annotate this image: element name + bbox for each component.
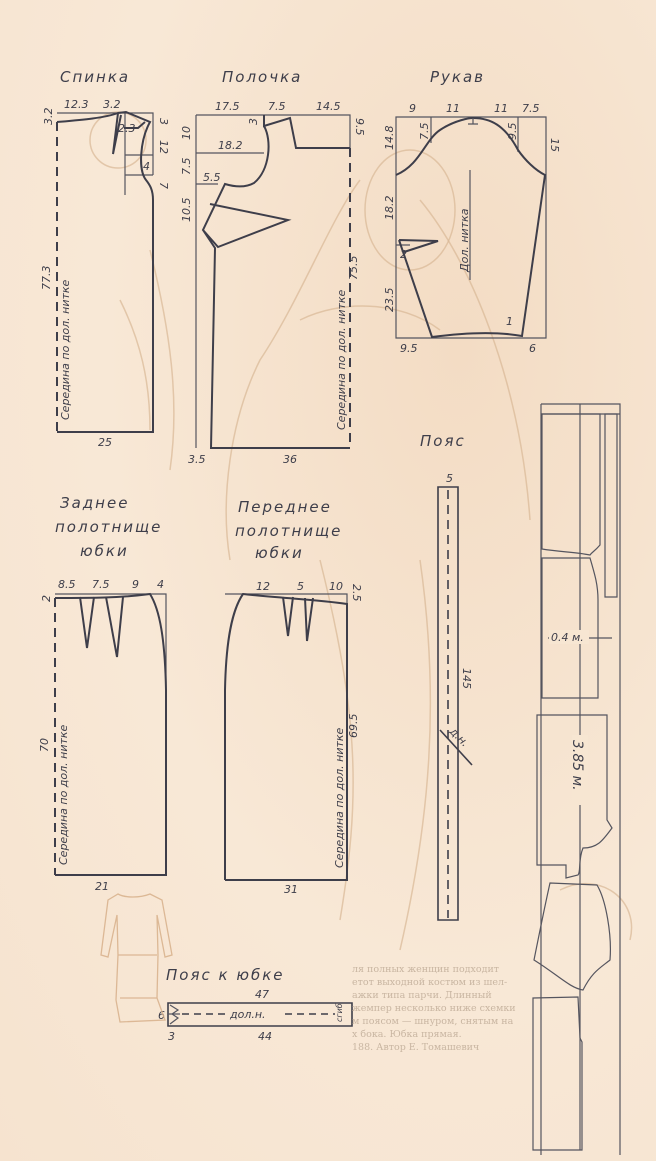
- front-skirt-title-2: полотнище: [235, 522, 342, 540]
- front-skirt-title-3: юбки: [255, 544, 304, 562]
- back-dim-dart: 2.3: [118, 122, 136, 135]
- sleeve-grain-label: Дол. нитка: [458, 208, 471, 273]
- back-skirt-piece: Заднее полотнище юбки 8.5 7.5 9 4 2 70 С…: [38, 494, 166, 893]
- caption-line: ажки типа парчи. Длинный: [352, 990, 492, 1001]
- front-skirt-dim-top-3: 10: [329, 580, 343, 593]
- caption-line: х бока. Юбка прямая.: [352, 1029, 462, 1040]
- back-skirt-fold-label: Середина по дол. нитке: [57, 724, 70, 865]
- front-dim-top-3: 14.5: [316, 100, 341, 113]
- waistband-dim-top: 47: [255, 988, 269, 1001]
- front-skirt-dim-bottom: 31: [284, 883, 298, 896]
- front-dim-left-3: 10.5: [180, 198, 193, 223]
- layout-length-label: 3.85 м.: [569, 740, 585, 791]
- belt-dim-width: 5: [446, 472, 453, 485]
- ghost-fashion-figure: [90, 112, 632, 950]
- waistband-dim-bottom: 44: [258, 1030, 272, 1043]
- front-dim-chest: 18.2: [218, 139, 243, 152]
- front-skirt-piece: Переднее полотнище юбки 12 5 10 2.5 69.5…: [225, 498, 363, 896]
- front-dim-armhole: 5.5: [203, 171, 221, 184]
- back-dim-length: 77.3: [40, 266, 53, 291]
- back-skirt-dim-top-3: 9: [132, 578, 139, 591]
- back-skirt-dim-top-4: 4: [157, 578, 164, 591]
- sleeve-dim-dart: 2: [400, 248, 407, 261]
- belt-grain-mark: д.н.: [446, 724, 471, 749]
- back-piece: Спинка 12.3 3.2 2.3 3.2 3 12 4 7 77.3 Се…: [40, 68, 170, 449]
- sleeve-dim-left-1: 14.8: [383, 126, 396, 151]
- waistband-dim-left-low: 3: [168, 1030, 175, 1043]
- caption-line: м поясом — шнуром, снятым на: [352, 1016, 514, 1027]
- fabric-layout-plan: 0.4 м. 3.85 м.: [533, 404, 620, 1155]
- front-dim-shoulder: 3: [247, 118, 260, 125]
- front-skirt-title-1: Переднее: [238, 498, 332, 516]
- caption-line: ля полных женщин подходит: [352, 964, 499, 975]
- back-dim-bottom: 25: [98, 436, 112, 449]
- back-skirt-dim-top-2: 7.5: [92, 578, 110, 591]
- sleeve-dim-cap-right: 9.5: [506, 123, 519, 141]
- front-dim-bottom: 36: [283, 453, 297, 466]
- back-dim-right-mid: 12: [157, 140, 170, 154]
- waistband-title: Пояс к юбке: [166, 966, 285, 984]
- front-dim-left-1: 10: [180, 126, 193, 140]
- sleeve-dim-top-3: 11: [494, 102, 508, 115]
- back-dim-armhole: 4: [143, 160, 150, 173]
- back-dim-top-left: 12.3: [64, 98, 89, 111]
- back-skirt-title-1: Заднее: [60, 494, 129, 512]
- sleeve-dim-top-1: 9: [409, 102, 416, 115]
- back-skirt-dim-length: 70: [38, 738, 51, 752]
- waistband-fold-mark: сгиб: [335, 1003, 344, 1022]
- front-fold-label: Середина по дол. нитке: [335, 289, 348, 430]
- front-dim-left-2: 7.5: [180, 158, 193, 176]
- sleeve-dim-cap-left: 7.5: [418, 123, 431, 141]
- front-skirt-dim-right: 2.5: [350, 584, 363, 602]
- sleeve-piece: Рукав 9 11 11 7.5 7.5 9.5 14.8 18.2 23.5…: [383, 68, 561, 355]
- back-skirt-dim-bottom: 21: [95, 880, 109, 893]
- back-skirt-dim-left: 2: [40, 595, 53, 602]
- waistband-grain-label: дол.н.: [229, 1008, 266, 1021]
- front-dim-top-1: 17.5: [215, 100, 240, 113]
- sleeve-dim-hem-mark: 1: [506, 315, 513, 328]
- back-fold-label: Середина по дол. нитке: [59, 279, 72, 420]
- back-dim-right-low: 7: [157, 182, 170, 189]
- sleeve-dim-top-2: 11: [446, 102, 460, 115]
- caption-line: 188. Автор Е. Томашевич: [352, 1042, 479, 1053]
- front-skirt-fold-label: Середина по дол. нитке: [333, 727, 346, 868]
- belt-piece: Пояс 5 145 д.н.: [420, 432, 473, 920]
- belt-dim-length: 145: [460, 668, 473, 689]
- layout-width-label: 0.4 м.: [551, 631, 584, 644]
- sleeve-dim-top-4: 7.5: [522, 102, 540, 115]
- skirt-waistband-piece: Пояс к юбке 47 дол.н. сгиб 6 3 44: [158, 966, 352, 1043]
- front-skirt-dim-top-1: 12: [256, 580, 270, 593]
- sleeve-dim-left-2: 18.2: [383, 196, 396, 221]
- caption-line: жемпер несколько ниже схемки: [352, 1003, 516, 1014]
- back-skirt-title-2: полотнище: [55, 518, 162, 536]
- back-skirt-dim-top-1: 8.5: [58, 578, 76, 591]
- front-dim-top-2: 7.5: [268, 100, 286, 113]
- front-piece: Полочка 17.5 7.5 14.5 9.5 3 18.2 5.5 10 …: [180, 68, 366, 466]
- back-skirt-title-3: юбки: [80, 542, 129, 560]
- caption-line: етот выходной костюм из шел-: [352, 977, 507, 988]
- back-dim-right-top: 3: [157, 118, 170, 125]
- front-dim-right-top: 9.5: [353, 118, 366, 136]
- sleeve-dim-bottom-right: 6: [529, 342, 536, 355]
- dress-sketch: [101, 894, 172, 1022]
- front-skirt-dim-top-2: 5: [297, 580, 304, 593]
- caption-text: ля полных женщин подходит етот выходной …: [352, 964, 516, 1053]
- back-dim-top-right: 3.2: [103, 98, 121, 111]
- front-title: Полочка: [222, 68, 302, 86]
- back-dim-left: 3.2: [42, 108, 55, 126]
- sleeve-dim-right: 15: [548, 138, 561, 152]
- front-skirt-dim-length: 69.5: [347, 714, 360, 739]
- sleeve-dim-left-3: 23.5: [383, 288, 396, 313]
- belt-title: Пояс: [420, 432, 466, 450]
- pattern-sheet: Спинка 12.3 3.2 2.3 3.2 3 12 4 7 77.3 Се…: [0, 0, 656, 1161]
- front-dim-length: 75.5: [347, 256, 360, 281]
- sleeve-title: Рукав: [430, 68, 485, 86]
- back-title: Спинка: [60, 68, 130, 86]
- sleeve-dim-bottom-left: 9.5: [400, 342, 418, 355]
- front-dim-bottom-left: 3.5: [188, 453, 206, 466]
